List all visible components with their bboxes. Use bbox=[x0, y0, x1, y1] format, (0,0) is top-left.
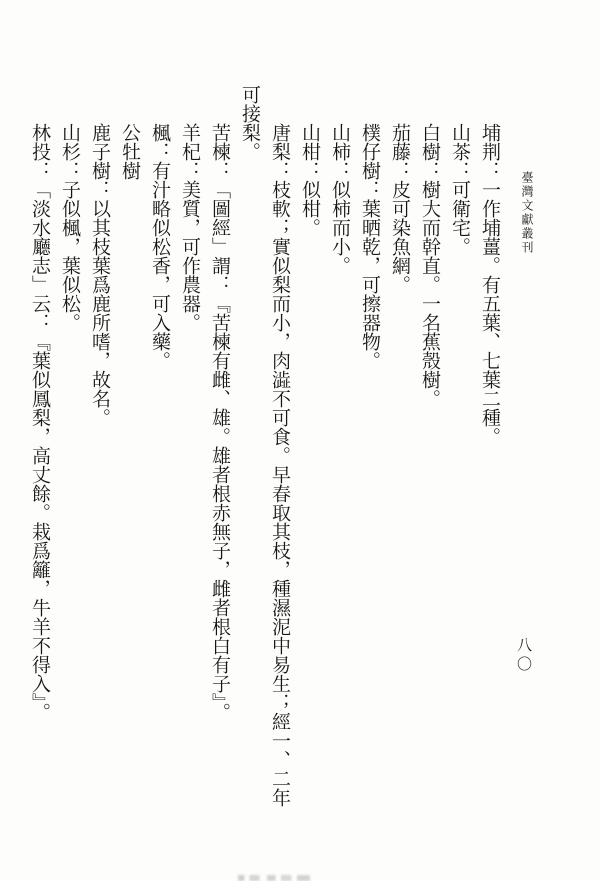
entry-column: 林投：「淡水廳志」云：『葉似鳳梨，高丈餘。栽爲籬，牛羊不得入』。 bbox=[25, 85, 55, 810]
entry-column: 唐梨：枝軟；實似梨而小，肉澁不可食。早春取其枝，種濕泥中易生；經一、二年可接梨。 bbox=[235, 85, 295, 810]
entry-column: 茄藤：皮可染魚網。 bbox=[385, 85, 415, 810]
page-number: 八〇 bbox=[514, 637, 535, 675]
scan-artifact bbox=[238, 875, 310, 881]
entry-column: 楓：有汁略似松香，可入藥。 bbox=[145, 85, 175, 810]
entry-column: 白樹：樹大而幹直。一名蕉殼樹。 bbox=[415, 85, 445, 810]
entry-column: 鹿子樹：以其枝葉爲鹿所嗜，故名。 bbox=[85, 85, 115, 810]
entry-column: 山杉：子似楓，葉似松。 bbox=[55, 85, 85, 810]
entry-column: 山柑：似柑。 bbox=[295, 85, 325, 810]
entry-column: 山柿：似柿而小。 bbox=[325, 85, 355, 810]
scanned-book-page: { "page": { "series_title": "臺灣文獻叢刊", "p… bbox=[0, 0, 600, 881]
entry-column: 樸仔樹：葉晒乾，可擦器物。 bbox=[355, 85, 385, 810]
text-block: 埔荆：一作埔薑。有五葉、七葉二種。 山茶：可衛宅。 白樹：樹大而幹直。一名蕉殼樹… bbox=[25, 85, 505, 810]
entry-column: 苦楝：「圖經」謂：『苦楝有雌、雄。雄者根赤無子，雌者根白有子』。 bbox=[205, 85, 235, 810]
entry-column: 羊杞：美質，可作農器。 bbox=[175, 85, 205, 810]
series-title: 臺灣文獻叢刊 bbox=[519, 171, 536, 255]
entry-column: 公牡樹 bbox=[115, 85, 145, 810]
entry-column: 山茶：可衛宅。 bbox=[445, 85, 475, 810]
entry-column: 埔荆：一作埔薑。有五葉、七葉二種。 bbox=[475, 85, 505, 810]
